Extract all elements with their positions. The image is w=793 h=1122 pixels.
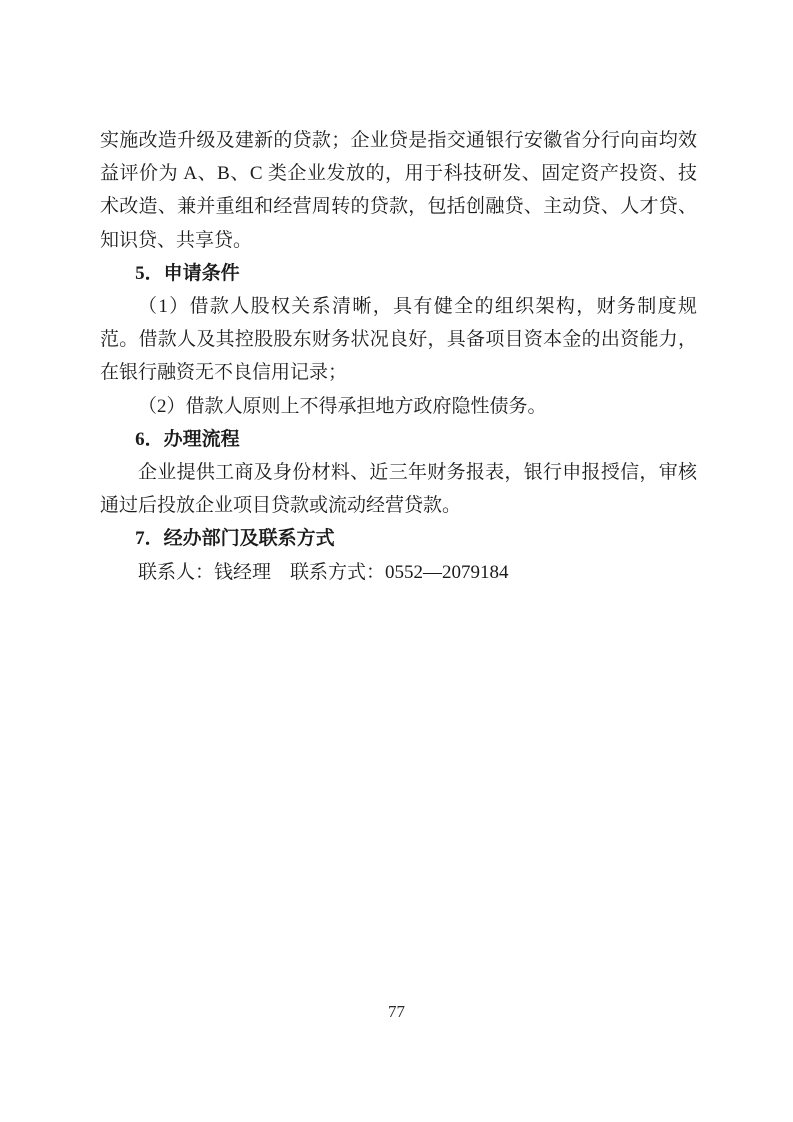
page-number: 77 — [0, 1002, 793, 1022]
section-5-paragraph-1: （1）借款人股权关系清晰，具有健全的组织架构，财务制度规范。借款人及其控股股东财… — [100, 290, 697, 390]
section-6-paragraph-1: 企业提供工商及身份材料、近三年财务报表，银行申报授信，审核通过后投放企业项目贷款… — [100, 456, 697, 522]
contact-info-line: 联系人：钱经理 联系方式：0552—2079184 — [100, 556, 697, 589]
document-page: 实施改造升级及建新的贷款；企业贷是指交通银行安徽省分行向亩均效益评价为 A、B、… — [0, 0, 793, 1122]
page-content: 实施改造升级及建新的贷款；企业贷是指交通银行安徽省分行向亩均效益评价为 A、B、… — [100, 124, 697, 589]
paragraph-intro-continuation: 实施改造升级及建新的贷款；企业贷是指交通银行安徽省分行向亩均效益评价为 A、B、… — [100, 124, 697, 257]
section-5-paragraph-2: （2）借款人原则上不得承担地方政府隐性债务。 — [100, 390, 697, 423]
section-5-heading: 5．申请条件 — [100, 257, 697, 290]
section-7-heading: 7．经办部门及联系方式 — [100, 522, 697, 555]
section-6-heading: 6．办理流程 — [100, 423, 697, 456]
